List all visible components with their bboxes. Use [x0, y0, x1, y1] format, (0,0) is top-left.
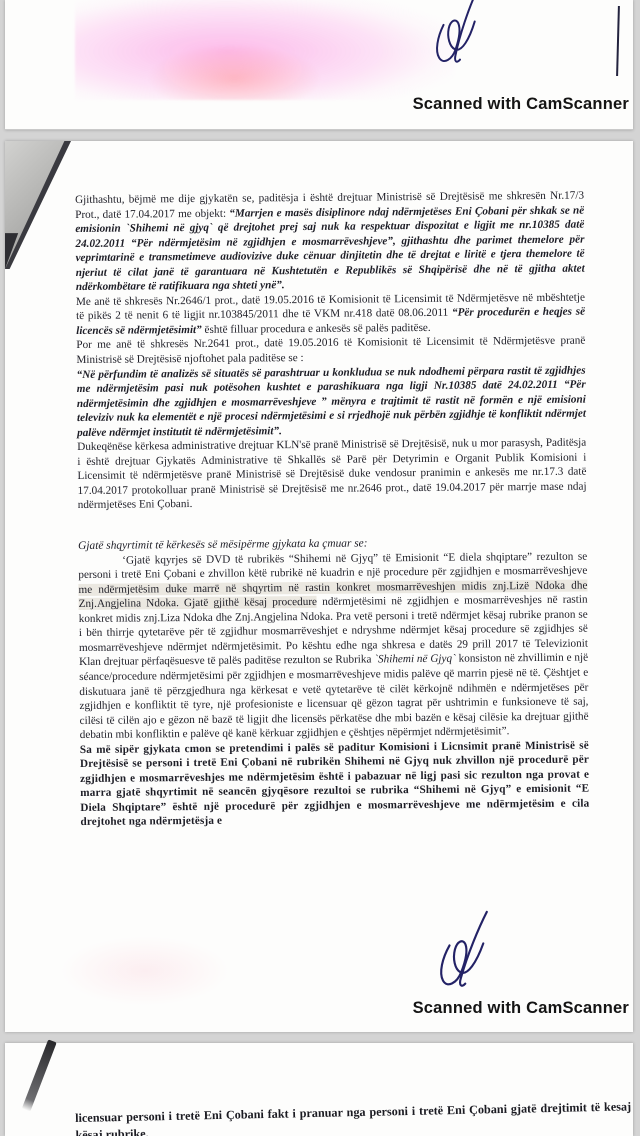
text-segment: Sa më sipër gjykata cmon se pretendimi i… — [80, 739, 590, 828]
page-body: Gjithashtu, bëjmë me dije gjykatën se, p… — [75, 189, 590, 830]
paragraph-conclusion-quote: “Në përfundim të analizës së situatës së… — [77, 363, 587, 440]
page-edge-diagonal — [22, 1039, 57, 1111]
paragraph-dvd-review: ‘Gjatë kqyrjes së DVD të rubrikës “Shihe… — [78, 549, 589, 743]
text-segment: Por me anë të shkresës Nr.2641 prot., da… — [76, 335, 585, 366]
signature-scribble — [431, 907, 503, 994]
previous-page-bottom: Scanned with CamScanner — [5, 0, 633, 130]
paragraph-notification: Por me anë të shkresës Nr.2641 prot., da… — [76, 334, 585, 368]
paragraph-court-appeal: Dukeqënëse kërkesa administrative drejtu… — [77, 436, 587, 513]
camscanner-watermark: Scanned with CamScanner — [413, 95, 629, 114]
text-segment: Gjatë shqyrtimit të kërkesës së mësipërm… — [78, 537, 368, 552]
scanned-document-page: Gjithashtu, bëjmë me dije gjykatën se, p… — [5, 141, 633, 1032]
next-page-paragraph: licensuar personi i tretë Eni Çobani fak… — [75, 1099, 632, 1136]
camscanner-watermark: Scanned with CamScanner — [413, 999, 629, 1018]
text-segment: ‘Gjatë kqyrjes së DVD të rubrikës “Shihe… — [78, 550, 587, 581]
faint-pink-smudge — [60, 936, 230, 1006]
paragraph-ministry-letter: Gjithashtu, bëjmë me dije gjykatën se, p… — [75, 189, 585, 295]
text-segment: Dukeqënëse kërkesa administrative drejtu… — [77, 437, 586, 512]
signature-scribble — [429, 0, 491, 70]
text-segment: `Shihemi në Gjyq` — [374, 653, 456, 666]
paragraph-licensing-commission: Me anë të shkresës Nr.2646/1 prot., datë… — [76, 290, 585, 338]
pink-scan-smudge — [75, 0, 455, 100]
text-segment: është filluar procedura e ankesës së pal… — [202, 322, 431, 336]
page-corner-fold — [5, 141, 71, 269]
paragraph-court-finding: Sa më sipër gjykata cmon se pretendimi i… — [80, 738, 590, 830]
page-edge-line — [616, 6, 620, 76]
next-page-top: licensuar personi i tretë Eni Çobani fak… — [5, 1043, 633, 1136]
text-segment: “Në përfundim të analizës së situatës së… — [77, 364, 586, 439]
